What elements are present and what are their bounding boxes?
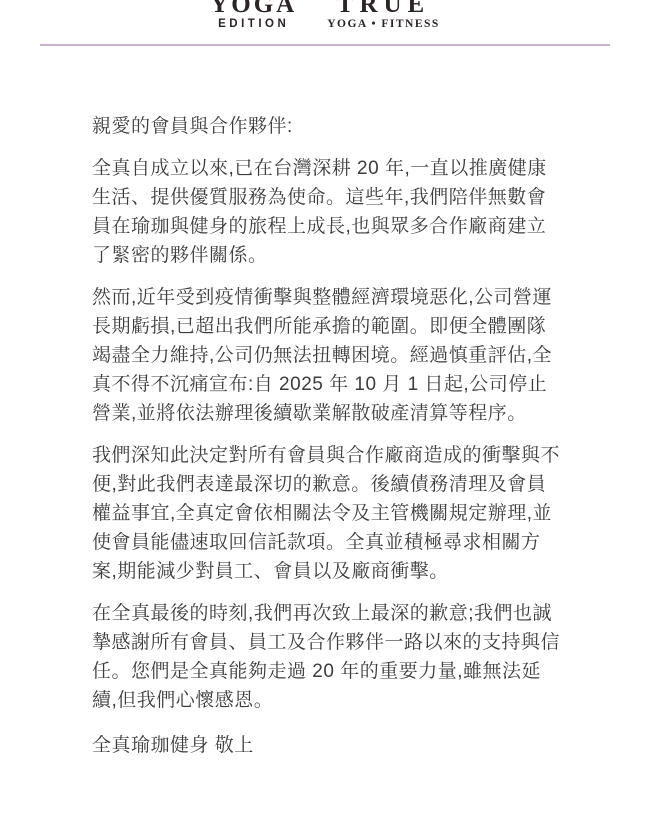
paragraph-company-history: 全真自成立以來,已在台灣深耕 20 年,一直以推廣健康生活、提供優質服務為使命。… [92,154,564,270]
paragraph-apology-and-refunds: 我們深知此決定對所有會員與合作廠商造成的衝擊與不便,對此我們表達最深切的歉意。後… [92,441,564,586]
true-yoga-fitness-logo: TRUE YOGA • FITNESS [327,0,440,31]
yoga-edition-logo-subtitle: EDITION [210,18,297,31]
paragraph-gratitude: 在全真最後的時刻,我們再次致上最深的歉意;我們也誠摯感謝所有會員、員工及合作夥伴… [92,599,564,715]
letter-body: 親愛的會員與合作夥伴: 全真自成立以來,已在台灣深耕 20 年,一直以推廣健康生… [92,112,564,760]
salutation: 親愛的會員與合作夥伴: [92,112,564,141]
yoga-edition-logo-title: YOGA [210,0,297,18]
yoga-edition-logo: YOGA EDITION [210,0,297,31]
true-yoga-fitness-logo-title: TRUE [327,0,440,18]
true-yoga-fitness-logo-subtitle: YOGA • FITNESS [327,18,440,31]
closure-letter-page: YOGA EDITION TRUE YOGA • FITNESS 親愛的會員與合… [0,0,650,813]
brand-header: YOGA EDITION TRUE YOGA • FITNESS [0,0,650,34]
brand-header-inner: YOGA EDITION TRUE YOGA • FITNESS [0,0,650,31]
paragraph-closure-announcement: 然而,近年受到疫情衝擊與整體經濟環境惡化,公司營運長期虧損,已超出我們所能承擔的… [92,283,564,428]
header-divider [40,44,610,46]
signature: 全真瑜珈健身 敬上 [92,731,564,760]
